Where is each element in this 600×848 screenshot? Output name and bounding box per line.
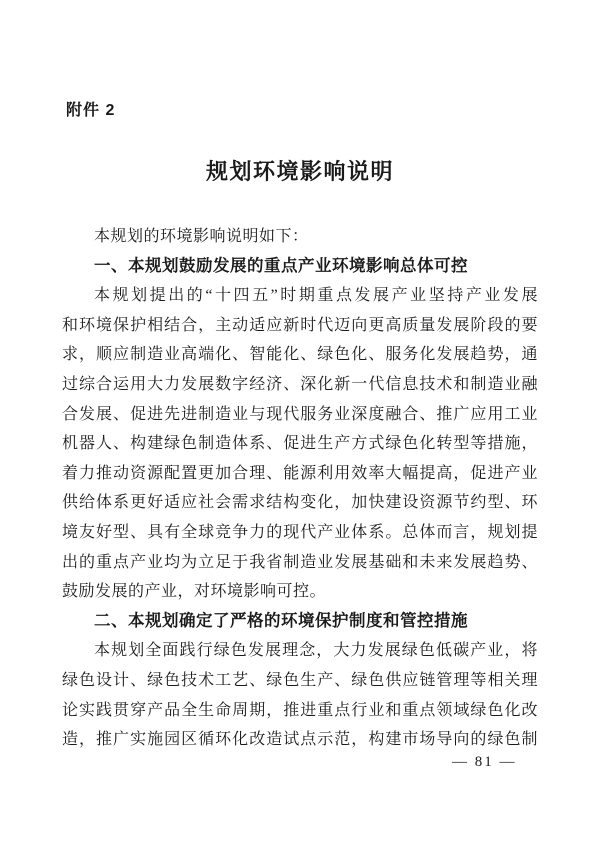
document-body: 本规划的环境影响说明如下： 一、本规划鼓励发展的重点产业环境影响总体可控 本规划… [62,222,538,755]
text-line: 造，推广实施园区循环化改造试点示范，构建市场导向的绿色制 [62,725,538,755]
document-page: 附件 2 规划环境影响说明 本规划的环境影响说明如下： 一、本规划鼓励发展的重点… [0,0,600,848]
text-line: 着力推动资源配置更加合理、能源利用效率大幅提高，促进产业 [62,459,538,489]
text-line: 合发展、促进先进制造业与现代服务业深度融合、推广应用工业 [62,400,538,430]
text-line: 论实践贯穿产品全生命周期，推进重点行业和重点领域绿色化改 [62,696,538,726]
text-line: 境友好型、具有全球竞争力的现代产业体系。总体而言，规划提 [62,518,538,548]
text-line: 绿色设计、绿色技术工艺、绿色生产、绿色供应链管理等相关理 [62,666,538,696]
text-line: 鼓励发展的产业，对环境影响可控。 [62,577,538,607]
text-line: 本规划全面践行绿色发展理念，大力发展绿色低碳产业，将 [62,636,538,666]
text-line: 出的重点产业均为立足于我省制造业发展基础和未来发展趋势、 [62,548,538,578]
text-line: 供给体系更好适应社会需求结构变化，加快建设资源节约型、环 [62,488,538,518]
text-line: 求，顺应制造业高端化、智能化、绿色化、服务化发展趋势，通 [62,340,538,370]
section-heading-1: 一、本规划鼓励发展的重点产业环境影响总体可控 [62,252,538,282]
page-title: 规划环境影响说明 [0,155,600,186]
page-number: — 81 — [452,754,517,771]
text-line: 本规划提出的“十四五”时期重点发展产业坚持产业发展 [62,281,538,311]
attachment-label: 附件 2 [66,97,115,120]
text-line: 本规划的环境影响说明如下： [62,222,538,252]
section-heading-2: 二、本规划确定了严格的环境保护制度和管控措施 [62,607,538,637]
text-line: 和环境保护相结合，主动适应新时代迈向更高质量发展阶段的要 [62,311,538,341]
text-line: 机器人、构建绿色制造体系、促进生产方式绿色化转型等措施， [62,429,538,459]
text-line: 过综合运用大力发展数字经济、深化新一代信息技术和制造业融 [62,370,538,400]
